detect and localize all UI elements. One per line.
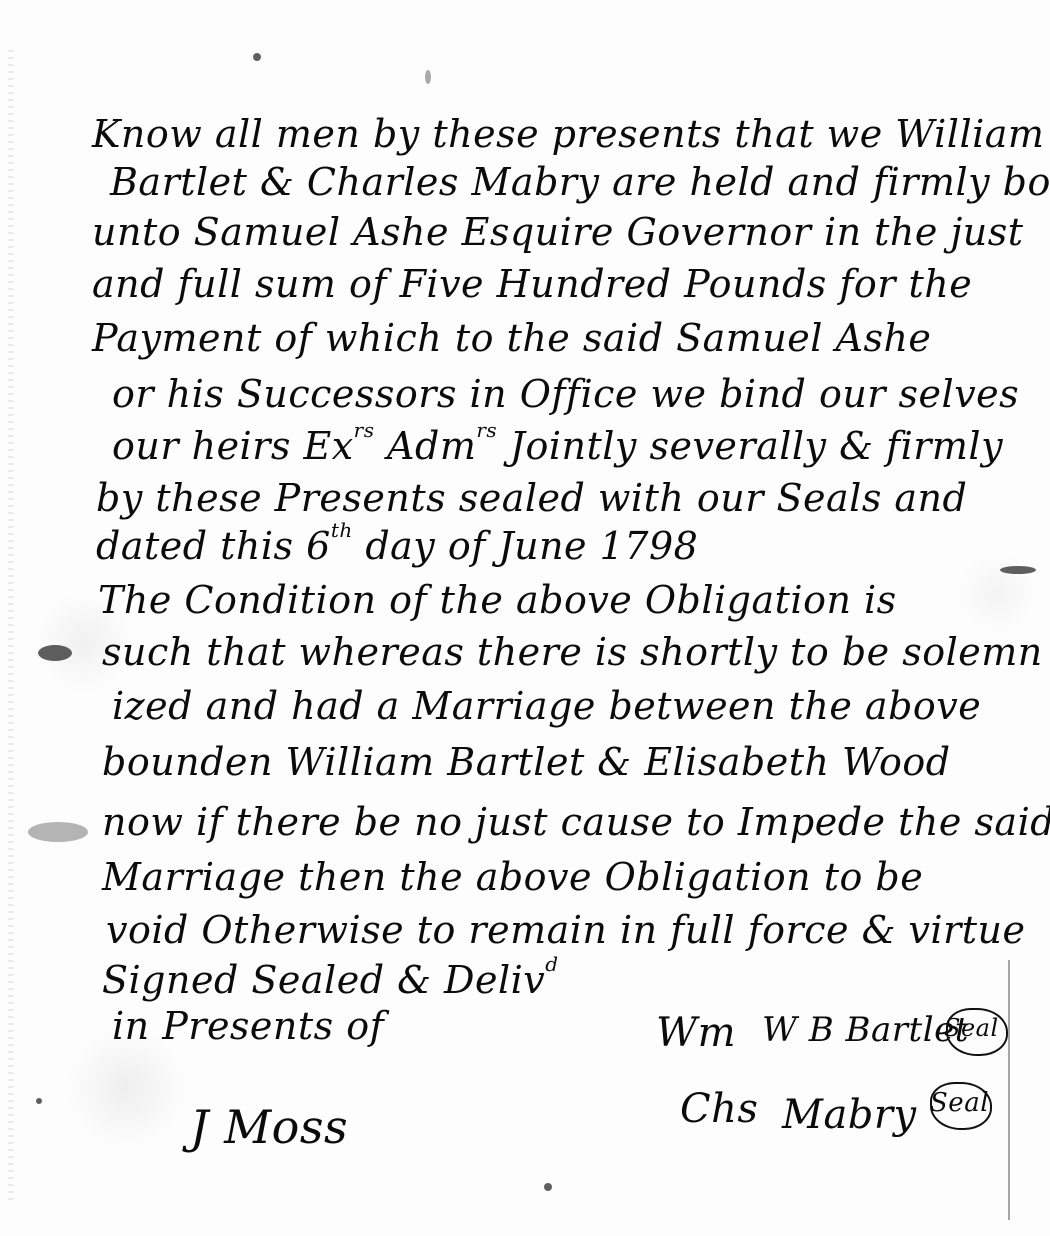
- line-text: day of June 1798: [353, 524, 699, 568]
- document-line-4: and full sum of Five Hundred Pounds for …: [92, 262, 972, 306]
- superscript: d: [545, 952, 558, 976]
- signer1-prefix: Wm: [656, 1010, 736, 1056]
- document-line-16: void Otherwise to remain in full force &…: [106, 908, 1026, 952]
- ink-blot: [1000, 566, 1036, 574]
- document-line-6: or his Successors in Office we bind our …: [112, 372, 1019, 416]
- document-line-1: Know all men by these presents that we W…: [92, 112, 1044, 156]
- scan-edge-right: [1008, 960, 1010, 1220]
- line-text: our heirs Ex: [112, 424, 354, 468]
- superscript: rs: [476, 418, 497, 442]
- document-line-17: Signed Sealed & Delivd: [102, 958, 559, 1002]
- document-line-12: ized and had a Marriage between the abov…: [112, 684, 981, 728]
- superscript: rs: [354, 418, 375, 442]
- ink-blot: [544, 1183, 552, 1191]
- document-line-3: unto Samuel Ashe Esquire Governor in the…: [92, 210, 1024, 254]
- superscript: th: [331, 518, 353, 542]
- document-line-13: bounden William Bartlet & Elisabeth Wood: [102, 740, 951, 784]
- line-text: Jointly severally & firmly: [497, 424, 1003, 468]
- ink-blot: [36, 1098, 42, 1104]
- ink-blot: [38, 645, 72, 661]
- document-line-18: in Presents of: [112, 1004, 384, 1048]
- witness-signature: J Moss: [190, 1100, 348, 1154]
- document-line-8: by these Presents sealed with our Seals …: [96, 476, 967, 520]
- line-text: dated this 6: [96, 524, 331, 568]
- document-line-5: Payment of which to the said Samuel Ashe: [92, 316, 931, 360]
- document-line-15: Marriage then the above Obligation to be: [102, 855, 923, 899]
- scan-edge-left: [8, 50, 14, 1200]
- signer1-name: W B Bartlet: [762, 1010, 969, 1050]
- ink-blot: [253, 53, 261, 61]
- document-line-11: such that whereas there is shortly to be…: [102, 630, 1043, 674]
- signer2-prefix: Chs: [680, 1086, 758, 1132]
- line-text: Adm: [374, 424, 476, 468]
- document-line-9: dated this 6th day of June 1798: [96, 524, 698, 568]
- document-line-10: The Condition of the above Obligation is: [98, 578, 897, 622]
- signer2-name: Mabry: [782, 1092, 917, 1138]
- document-line-14: now if there be no just cause to Impede …: [102, 800, 1050, 844]
- seal-2-label: Seal: [930, 1088, 989, 1118]
- ink-blot: [28, 822, 88, 842]
- document-line-7: our heirs Exrs Admrs Jointly severally &…: [112, 424, 1003, 468]
- document-page: Know all men by these presents that we W…: [0, 0, 1050, 1236]
- seal-1-label: Seal: [944, 1014, 999, 1042]
- document-line-2: Bartlet & Charles Mabry are held and fir…: [110, 160, 1050, 204]
- ink-blot: [425, 70, 431, 84]
- line-text: Signed Sealed & Deliv: [102, 958, 545, 1002]
